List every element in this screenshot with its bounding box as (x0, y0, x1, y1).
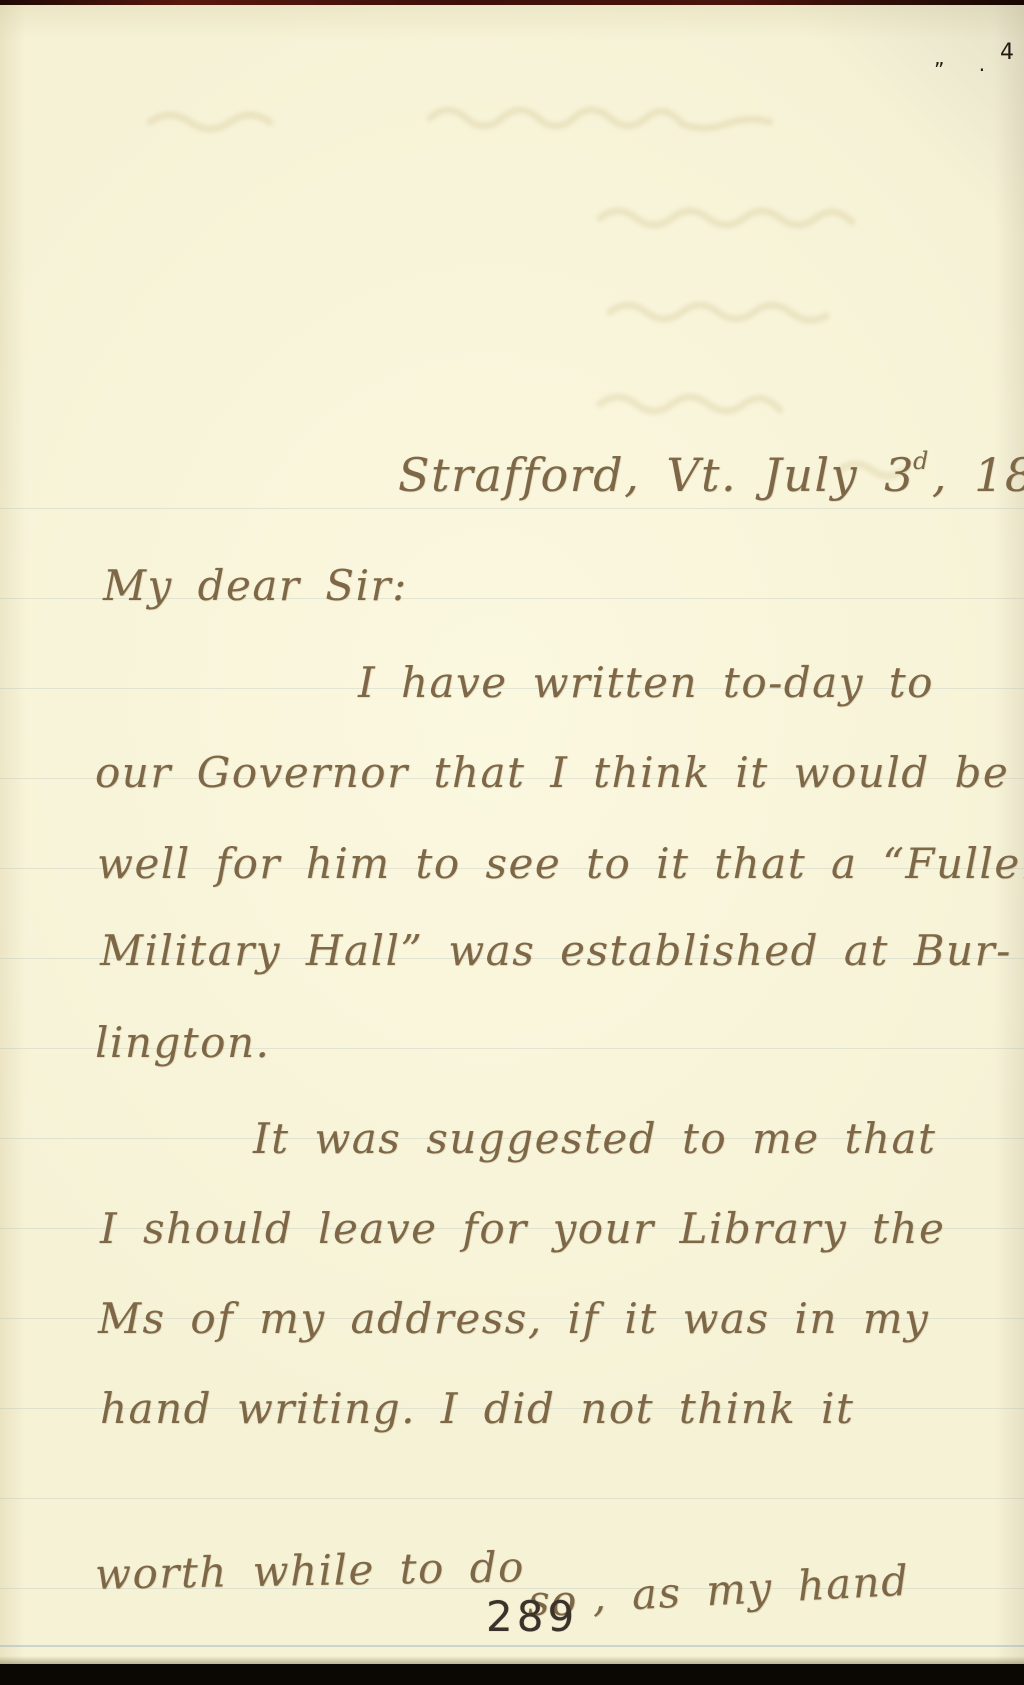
letter-line: lington. (95, 1020, 270, 1066)
numeral-4-mark: 4 (1000, 40, 1014, 65)
salutation: My dear Sir: (103, 563, 408, 609)
letter-line: Ms of my address, if it was in my (98, 1296, 929, 1342)
letter-page: ” · 4 Strafford, Vt. July 3d, 1893 My de… (0, 0, 1024, 1685)
letter-line: well for him to see to it that a “Fuller (97, 841, 1024, 887)
scan-top-edge (0, 0, 1024, 5)
paper-bottom-edge (0, 1656, 1024, 1664)
letter-line-last-seg1: worth while to do (95, 1544, 526, 1598)
letter-line: I have written to-day to (358, 660, 934, 706)
letter-line: Military Hall” was established at Bur- (100, 928, 1012, 974)
dateline-main: Strafford, Vt. July 3 (398, 448, 915, 502)
scan-bottom-band (0, 1664, 1024, 1685)
letter-line: our Governor that I think it would be (95, 750, 1009, 796)
page-number: 289 (486, 1592, 578, 1641)
letter-line: hand writing. I did not think it (100, 1386, 854, 1432)
letter-line: It was suggested to me that (253, 1116, 936, 1162)
letter-line: I should leave for your Library the (100, 1206, 945, 1252)
ruled-line-blue (0, 1645, 1024, 1647)
dateline: Strafford, Vt. July 3d, 1893 (398, 450, 1024, 501)
dateline-rest: , 1893 (932, 448, 1024, 502)
bleed-through-marks (0, 0, 1024, 520)
dateline-ordinal: d (913, 447, 930, 475)
ink-dots-mark: ” · (934, 58, 999, 82)
